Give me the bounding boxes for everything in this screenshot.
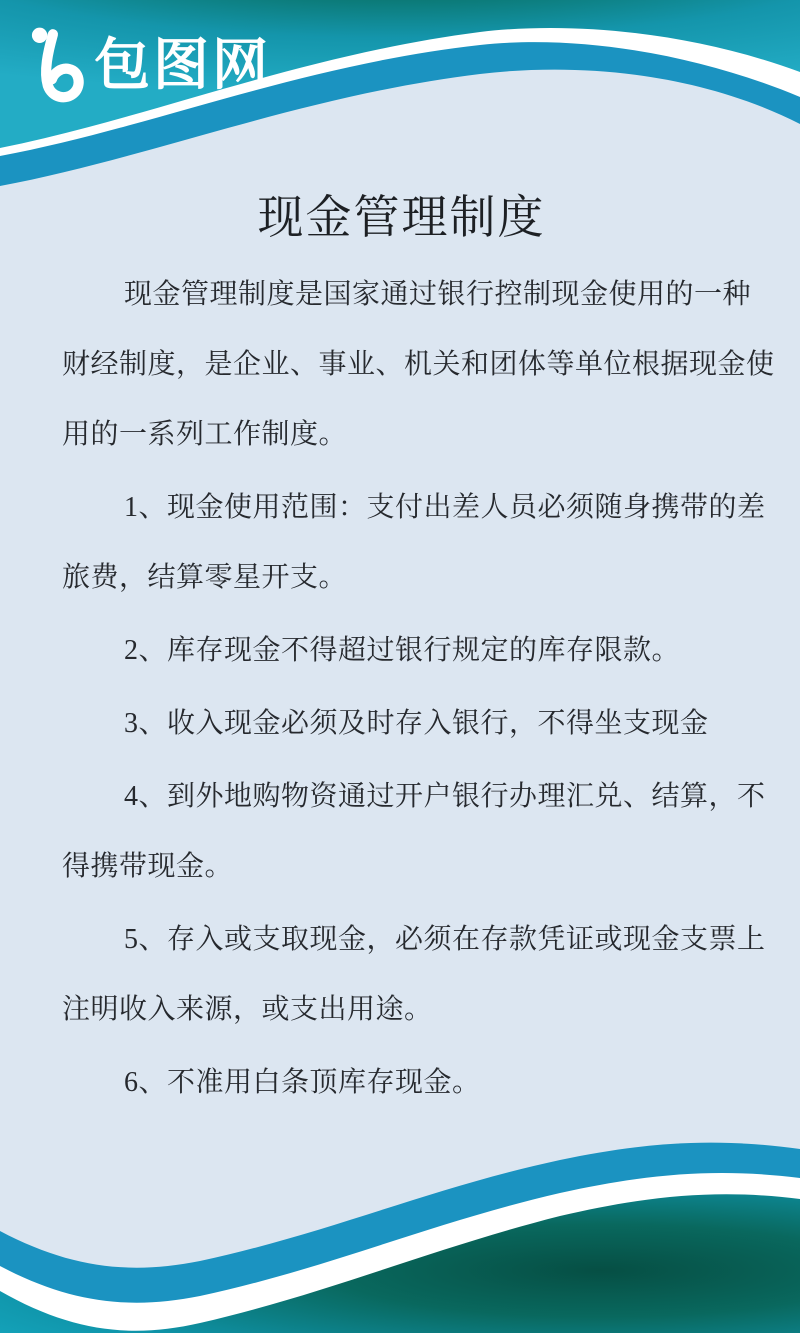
paragraph-rule-2: 2、库存现金不得超过银行规定的库存限款。 xyxy=(62,616,741,686)
paragraph-rule-3: 3、收入现金必须及时存入银行，不得坐支现金 xyxy=(62,689,741,759)
brand-logo: 包图网 xyxy=(26,22,271,108)
text-line: 得携带现金。 xyxy=(62,832,741,902)
text-line: 财经制度，是企业、事业、机关和团体等单位根据现金使 xyxy=(62,330,741,400)
text-line: 2、库存现金不得超过银行规定的库存限款。 xyxy=(62,616,741,686)
text-line: 旅费，结算零星开支。 xyxy=(62,543,741,613)
paragraph-rule-1: 1、现金使用范围：支付出差人员必须随身携带的差 旅费，结算零星开支。 xyxy=(62,473,741,613)
text-line: 用的一系列工作制度。 xyxy=(62,400,741,470)
paragraph-rule-5: 5、存入或支取现金，必须在存款凭证或现金支票上 注明收入来源，或支出用途。 xyxy=(62,905,741,1045)
paragraph-intro: 现金管理制度是国家通过银行控制现金使用的一种 财经制度，是企业、事业、机关和团体… xyxy=(62,260,741,470)
baotu-b-mark-icon xyxy=(26,22,88,108)
text-line: 1、现金使用范围：支付出差人员必须随身携带的差 xyxy=(62,473,741,543)
poster-page: 包图网 现金管理制度 现金管理制度是国家通过银行控制现金使用的一种 财经制度，是… xyxy=(0,0,800,1333)
text-line: 4、到外地购物资通过开户银行办理汇兑、结算，不 xyxy=(62,762,741,832)
text-line: 注明收入来源，或支出用途。 xyxy=(62,975,741,1045)
text-line: 5、存入或支取现金，必须在存款凭证或现金支票上 xyxy=(62,905,741,975)
text-line: 3、收入现金必须及时存入银行，不得坐支现金 xyxy=(62,689,741,759)
text-line: 现金管理制度是国家通过银行控制现金使用的一种 xyxy=(62,260,741,330)
paragraph-rule-4: 4、到外地购物资通过开户银行办理汇兑、结算，不 得携带现金。 xyxy=(62,762,741,902)
document-content: 现金管理制度 现金管理制度是国家通过银行控制现金使用的一种 财经制度，是企业、事… xyxy=(62,186,741,1121)
footer-wave xyxy=(0,1053,800,1333)
document-title: 现金管理制度 xyxy=(62,186,741,250)
brand-logo-text: 包图网 xyxy=(94,22,271,108)
